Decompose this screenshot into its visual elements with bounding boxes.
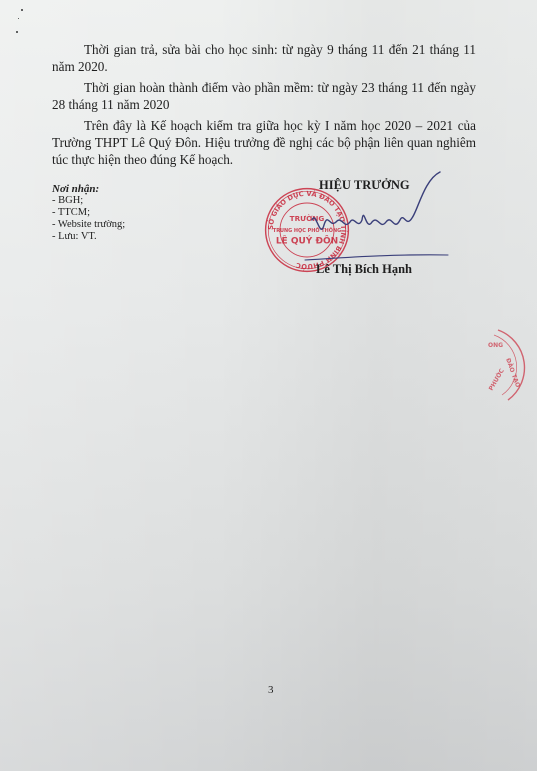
speck	[16, 31, 18, 33]
speck	[21, 9, 23, 11]
partial-stamp: ONG ĐÀO TẠO PHƯỚC	[488, 325, 537, 405]
svg-text:ONG: ONG	[488, 342, 503, 349]
speck	[18, 18, 19, 19]
page-number: 3	[268, 684, 274, 696]
recipient-item: - Lưu: VT.	[52, 231, 125, 243]
recipient-item: - Website trường;	[52, 219, 125, 231]
paragraph-closing: Trên đây là Kế hoạch kiểm tra giữa học k…	[52, 117, 476, 168]
paragraph-enter-scores: Thời gian hoàn thành điểm vào phần mềm: …	[52, 79, 476, 113]
svg-text:ĐÀO TẠO: ĐÀO TẠO	[504, 357, 521, 388]
paragraph-return-tests: Thời gian trả, sửa bài cho học sinh: từ …	[52, 41, 476, 75]
recipient-item: - BGH;	[52, 195, 125, 207]
body-text: Thời gian trả, sửa bài cho học sinh: từ …	[52, 41, 476, 172]
recipients-title: Nơi nhận:	[52, 183, 125, 195]
recipient-item: - TTCM;	[52, 207, 125, 219]
svg-text:PHƯỚC: PHƯỚC	[488, 367, 506, 392]
signer-name: Lê Thị Bích Hạnh	[316, 262, 412, 277]
signer-title: HIỆU TRƯỞNG	[319, 178, 410, 193]
recipients-block: Nơi nhận: - BGH; - TTCM; - Website trườn…	[52, 183, 125, 243]
